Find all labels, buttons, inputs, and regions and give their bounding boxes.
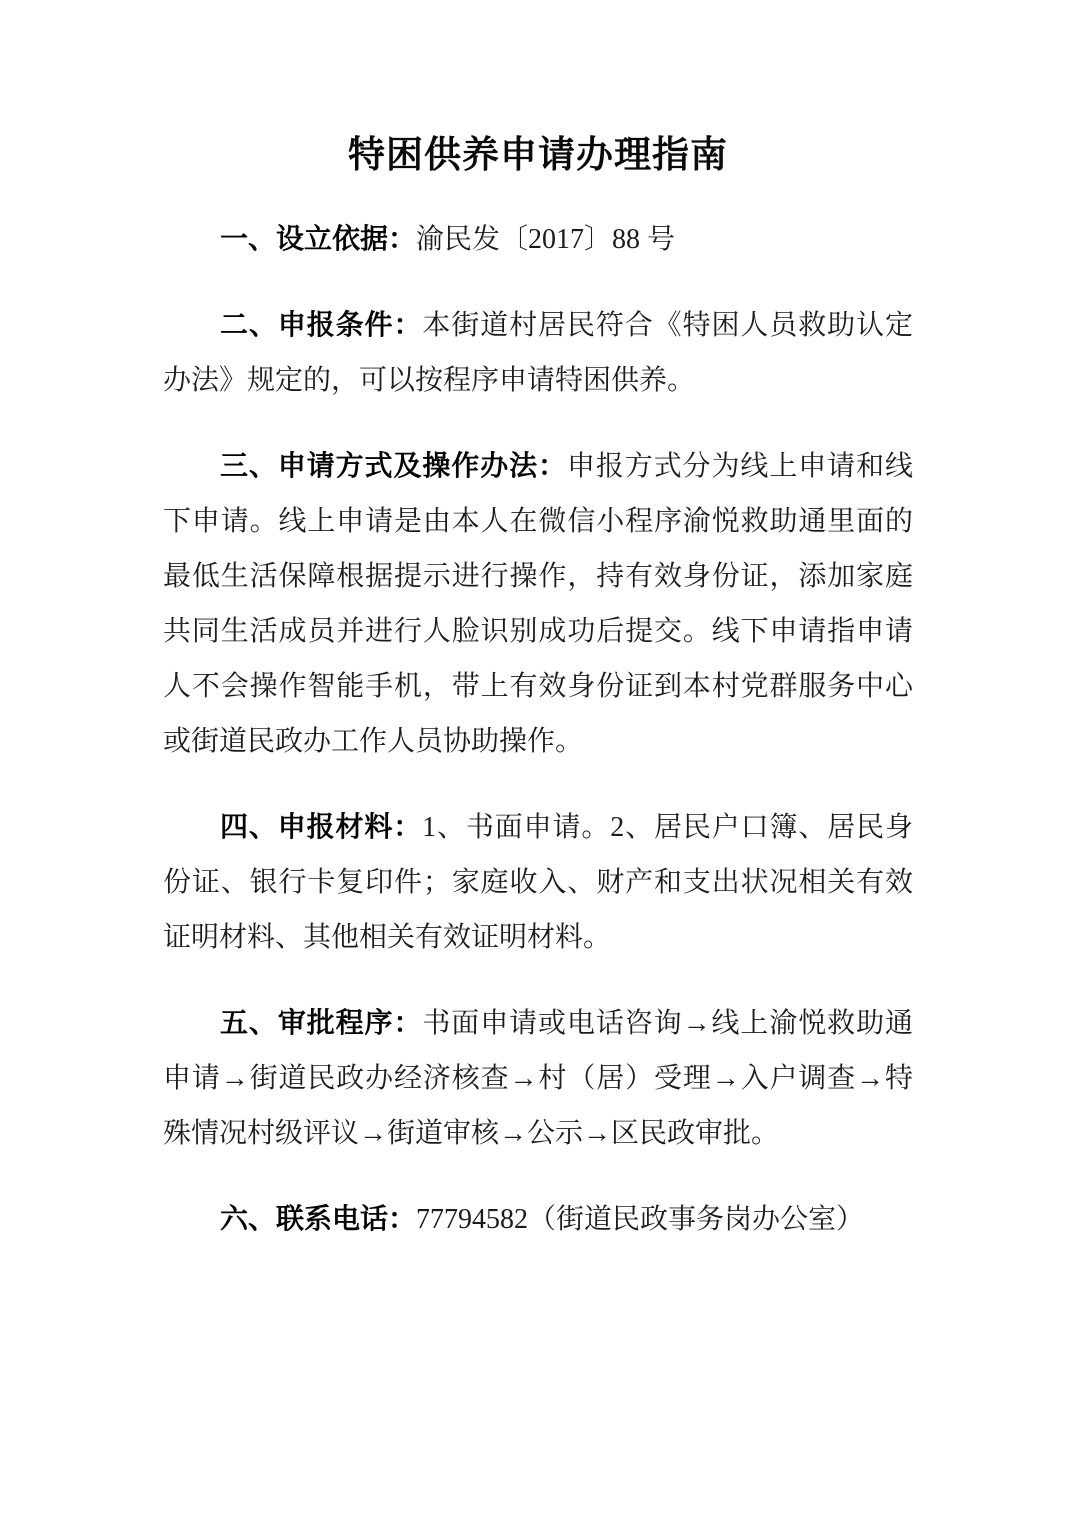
section-label-5: 五、审批程序： <box>220 1007 422 1038</box>
section-label-3: 三、申请方式及操作办法： <box>220 450 567 481</box>
section-label-4: 四、申报材料： <box>220 811 422 842</box>
section-text-6: 77794582（街道民政事务岗办公室） <box>416 1204 864 1235</box>
section-text-3: 申报方式分为线上申请和线下申请。线上申请是由本人在微信小程序渝悦救助通里面的最低… <box>163 451 913 757</box>
section-label-6: 六、联系电话： <box>220 1203 416 1234</box>
document-content: 特困供养申请办理指南 一、设立依据：渝民发〔2017〕88 号 二、申报条件：本… <box>163 132 913 1247</box>
section-paragraph-2: 二、申报条件：本街道村居民符合《特困人员救助认定办法》规定的，可以按程序申请特困… <box>163 297 913 408</box>
page-title: 特困供养申请办理指南 <box>163 132 913 178</box>
section-paragraph-6: 六、联系电话：77794582（街道民政事务岗办公室） <box>163 1191 913 1247</box>
section-label-1: 一、设立依据： <box>220 223 416 254</box>
section-text-1: 渝民发〔2017〕88 号 <box>416 224 675 255</box>
section-paragraph-1: 一、设立依据：渝民发〔2017〕88 号 <box>163 211 913 267</box>
section-label-2: 二、申报条件： <box>220 309 422 340</box>
section-paragraph-4: 四、申报材料：1、书面申请。2、居民户口簿、居民身份证、银行卡复印件；家庭收入、… <box>163 799 913 965</box>
section-paragraph-5: 五、审批程序：书面申请或电话咨询→线上渝悦救助通申请→街道民政办经济核查→村（居… <box>163 995 913 1161</box>
section-paragraph-3: 三、申请方式及操作办法：申报方式分为线上申请和线下申请。线上申请是由本人在微信小… <box>163 438 913 769</box>
document-page: 特困供养申请办理指南 一、设立依据：渝民发〔2017〕88 号 二、申报条件：本… <box>0 0 1074 1520</box>
